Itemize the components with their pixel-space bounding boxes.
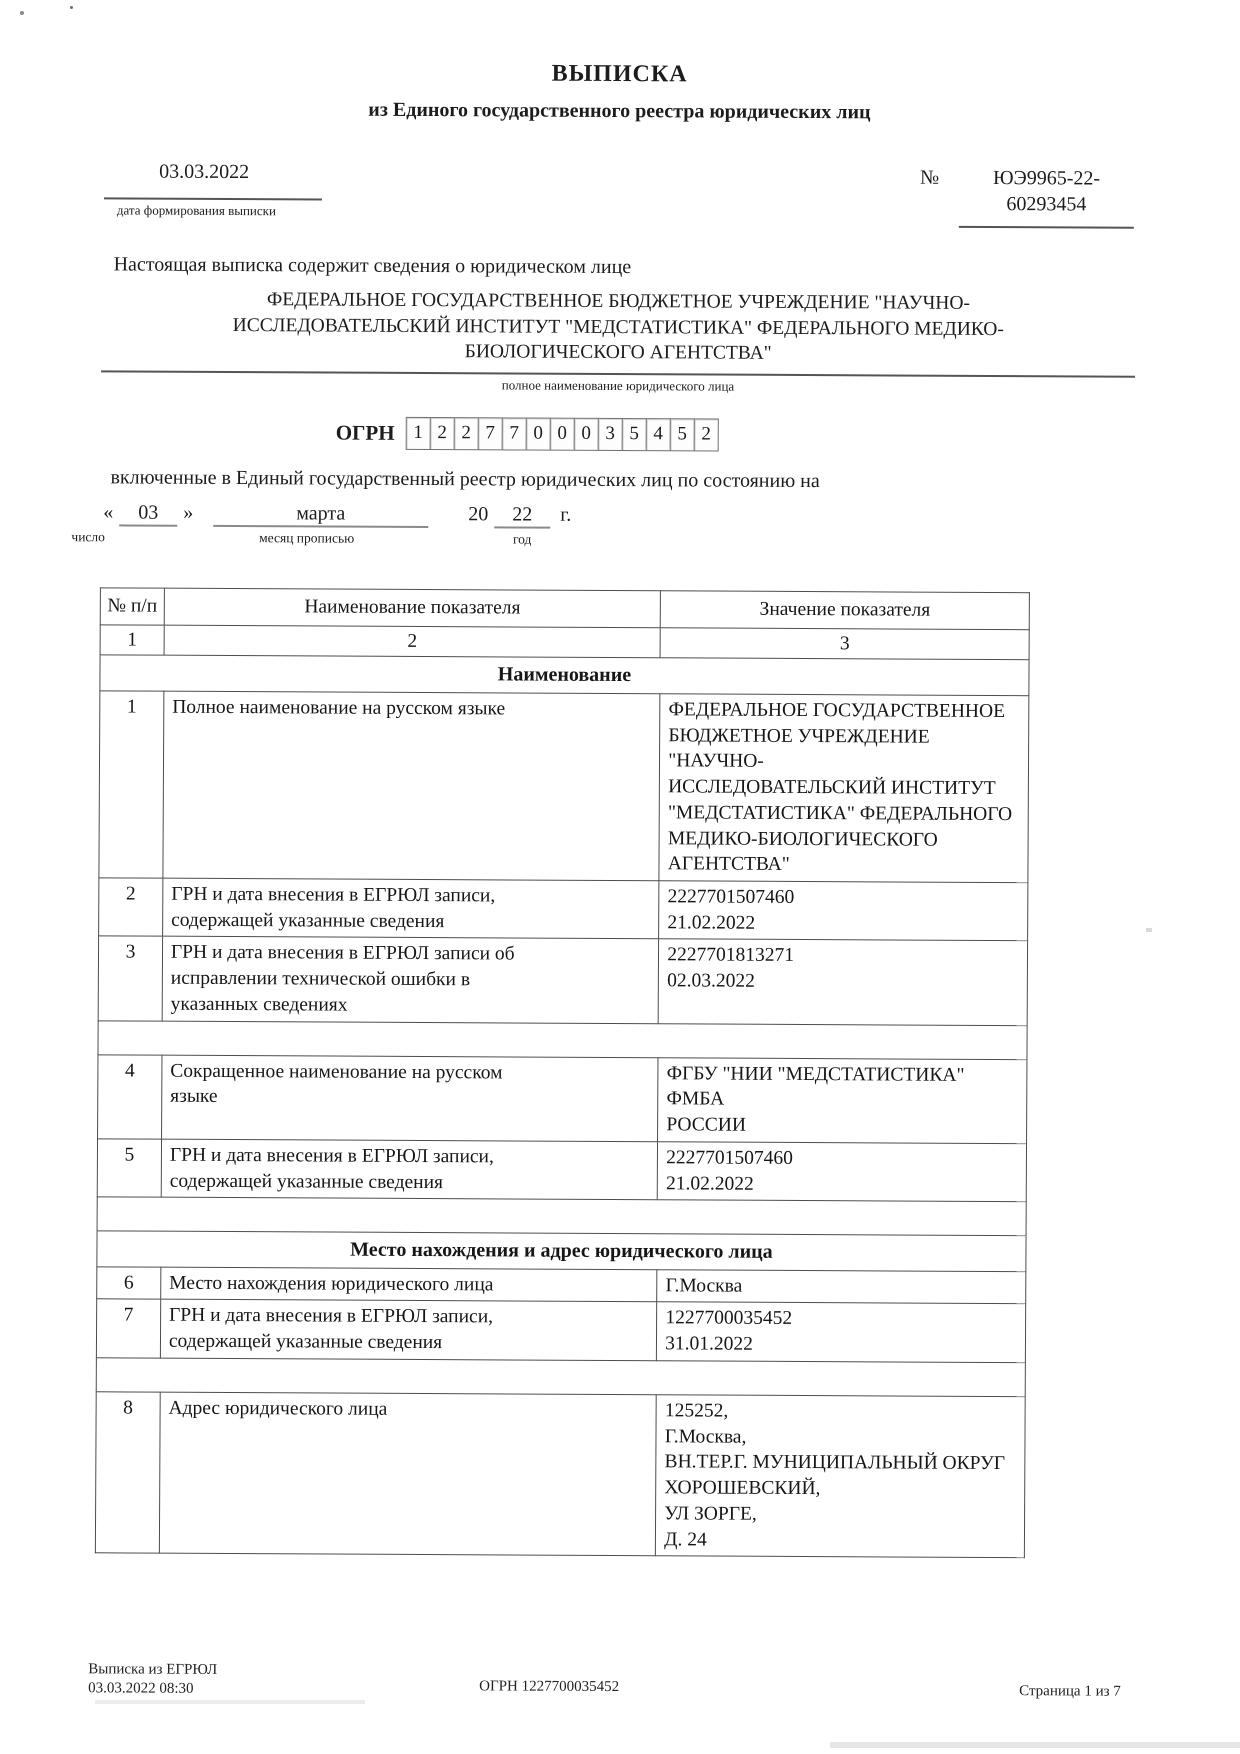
table-row: 1 Полное наименование на русском языке Ф… (99, 691, 1029, 883)
table-numbering-row: 1 2 3 (100, 625, 1029, 661)
col-number: 3 (660, 627, 1029, 660)
ogrn-digit: 5 (622, 418, 647, 451)
row-num: 8 (95, 1392, 160, 1554)
intro-line: Настоящая выписка содержит сведения о юр… (114, 253, 1239, 282)
as-of-year-cell: 22 год (494, 503, 550, 547)
row-value: ФЕДЕРАЛЬНОЕ ГОСУДАРСТВЕННОЕ БЮДЖЕТНОЕ УЧ… (659, 694, 1029, 883)
row-num: 1 (99, 691, 164, 878)
section-title: Наименование (100, 655, 1029, 695)
ogrn-digit: 4 (646, 418, 671, 451)
document-content: ВЫПИСКА из Единого государственного реес… (0, 0, 1240, 1754)
row-value: ФГБУ "НИИ "МЕДСТАТИСТИКА" ФМБА РОССИИ (658, 1057, 1027, 1143)
as-of-month-cell: марта месяц прописью (199, 502, 428, 547)
page-footer: Выписка из ЕГРЮЛ 03.03.2022 08:30 ОГРН 1… (0, 1660, 1231, 1666)
footer-ogrn: ОГРН 1227700035452 (479, 1678, 619, 1696)
row-name: ГРН и дата внесения в ЕГРЮЛ записи, соде… (163, 878, 660, 939)
row-num: 2 (99, 878, 163, 937)
ogrn-label: ОГРН (336, 421, 395, 446)
row-value: 2227701507460 21.02.2022 (659, 881, 1028, 941)
ogrn-digit: 2 (454, 417, 479, 450)
as-of-day-label: число (53, 529, 123, 545)
row-num: 4 (98, 1054, 162, 1139)
ogrn-digit-boxes: 1 2 2 7 7 0 0 0 3 5 4 5 2 (407, 417, 719, 452)
col-header-num: № п/п (100, 588, 164, 625)
document-sheet: ВЫПИСКА из Единого государственного реес… (0, 0, 1240, 1754)
ogrn-digit: 0 (574, 418, 599, 451)
included-line: включенные в Единый государственный реес… (110, 466, 1237, 495)
formation-date-underline: 03.03.2022 (104, 160, 322, 200)
indicators-table: № п/п Наименование показателя Значение п… (95, 587, 1030, 1558)
footer-doc-info: Выписка из ЕГРЮЛ 03.03.2022 08:30 (88, 1660, 217, 1698)
org-full-name-label: полное наименование юридического лица (0, 375, 1238, 397)
table-row: 7 ГРН и дата внесения в ЕГРЮЛ записи, со… (96, 1299, 1025, 1362)
spacer-cell (98, 1020, 1027, 1059)
org-full-name: ФЕДЕРАЛЬНОЕ ГОСУДАРСТВЕННОЕ БЮДЖЕТНОЕ УЧ… (101, 286, 1135, 378)
row-num: 5 (97, 1139, 161, 1198)
ogrn-digit: 1 (406, 417, 431, 450)
footer-doc-datetime: 03.03.2022 08:30 (88, 1679, 217, 1698)
row-num: 7 (96, 1299, 160, 1358)
table-row: 8 Адрес юридического лица 125252, Г.Моск… (95, 1392, 1025, 1558)
number-sign: № (920, 167, 939, 190)
section-header-address: Место нахождения и адрес юридического ли… (97, 1231, 1026, 1271)
as-of-year-label: год (494, 531, 550, 547)
ogrn-digit: 2 (430, 417, 455, 450)
row-value: 2227701813271 02.03.2022 (658, 939, 1027, 1025)
col-number: 1 (100, 625, 164, 656)
row-name: Сокращенное наименование на русском язык… (161, 1055, 658, 1142)
as-of-date-row: « 03 число » марта месяц прописью 20 22 … (97, 501, 1237, 551)
spacer-row (96, 1358, 1025, 1397)
ogrn-digit: 3 (598, 418, 623, 451)
spacer-cell (97, 1197, 1026, 1236)
row-num: 6 (97, 1267, 161, 1300)
section-header-name: Наименование (100, 655, 1029, 695)
extract-number-block: № ЮЭ9965-22- 60293454 (920, 165, 1134, 229)
as-of-month-label: месяц прописью (199, 530, 414, 547)
table-row: 5 ГРН и дата внесения в ЕГРЮЛ записи, со… (97, 1139, 1026, 1202)
spacer-cell (96, 1358, 1025, 1397)
row-name: ГРН и дата внесения в ЕГРЮЛ записи, соде… (161, 1139, 658, 1200)
table-row: 6 Место нахождения юридического лица Г.М… (97, 1267, 1026, 1305)
as-of-century: 20 (468, 503, 488, 526)
formation-date-block: 03.03.2022 дата формирования выписки (104, 160, 322, 219)
col-number: 2 (164, 625, 660, 658)
as-of-year-suffix: г. (560, 504, 571, 527)
table-row: 3 ГРН и дата внесения в ЕГРЮЛ записи об … (98, 936, 1027, 1025)
as-of-day-cell: 03 число (119, 501, 177, 545)
formation-date: 03.03.2022 (104, 160, 322, 184)
as-of-month: марта (213, 502, 428, 528)
as-of-day: 03 (119, 501, 177, 526)
row-value: Г.Москва (657, 1269, 1026, 1304)
ogrn-row: ОГРН 1 2 2 7 7 0 0 0 3 5 4 5 2 (336, 417, 1238, 455)
row-name: ГРН и дата внесения в ЕГРЮЛ записи об ис… (162, 937, 659, 1024)
ogrn-digit: 0 (550, 418, 575, 451)
row-value: 1227700035452 31.01.2022 (657, 1302, 1026, 1362)
row-name: ГРН и дата внесения в ЕГРЮЛ записи, соде… (160, 1300, 657, 1361)
row-num: 3 (98, 936, 162, 1021)
row-name: Место нахождения юридического лица (161, 1267, 657, 1302)
col-header-value: Значение показателя (660, 591, 1029, 630)
document-subtitle: из Единого государственного реестра юрид… (0, 97, 1239, 126)
document-title: ВЫПИСКА (0, 58, 1240, 91)
col-header-name: Наименование показателя (164, 588, 660, 627)
ogrn-digit: 0 (526, 418, 551, 451)
spacer-row (98, 1020, 1027, 1059)
table-header-row: № п/п Наименование показателя Значение п… (100, 588, 1029, 630)
close-quote: » (183, 502, 193, 525)
formation-date-label: дата формирования выписки (104, 202, 322, 219)
ogrn-digit: 7 (502, 417, 527, 450)
row-value: 2227701507460 21.02.2022 (657, 1142, 1026, 1202)
ogrn-digit: 2 (694, 418, 719, 451)
table-row: 2 ГРН и дата внесения в ЕГРЮЛ записи, со… (99, 878, 1028, 941)
row-name: Адрес юридического лица (159, 1392, 656, 1556)
section-title: Место нахождения и адрес юридического ли… (97, 1231, 1026, 1271)
spacer-row (97, 1197, 1026, 1236)
meta-row: 03.03.2022 дата формирования выписки № Ю… (104, 160, 1134, 228)
table-row: 4 Сокращенное наименование на русском яз… (98, 1054, 1027, 1143)
row-name: Полное наименование на русском языке (163, 691, 660, 881)
ogrn-digit: 5 (670, 418, 695, 451)
footer-doc-title: Выписка из ЕГРЮЛ (88, 1660, 217, 1679)
ogrn-digit: 7 (478, 417, 503, 450)
row-value: 125252, Г.Москва, ВН.ТЕР.Г. МУНИЦИПАЛЬНЫ… (656, 1395, 1026, 1558)
extract-number: ЮЭ9965-22- 60293454 (959, 165, 1134, 229)
as-of-year: 22 (494, 503, 550, 528)
open-quote: « (103, 501, 113, 524)
footer-page-number: Страница 1 из 7 (1019, 1683, 1121, 1701)
